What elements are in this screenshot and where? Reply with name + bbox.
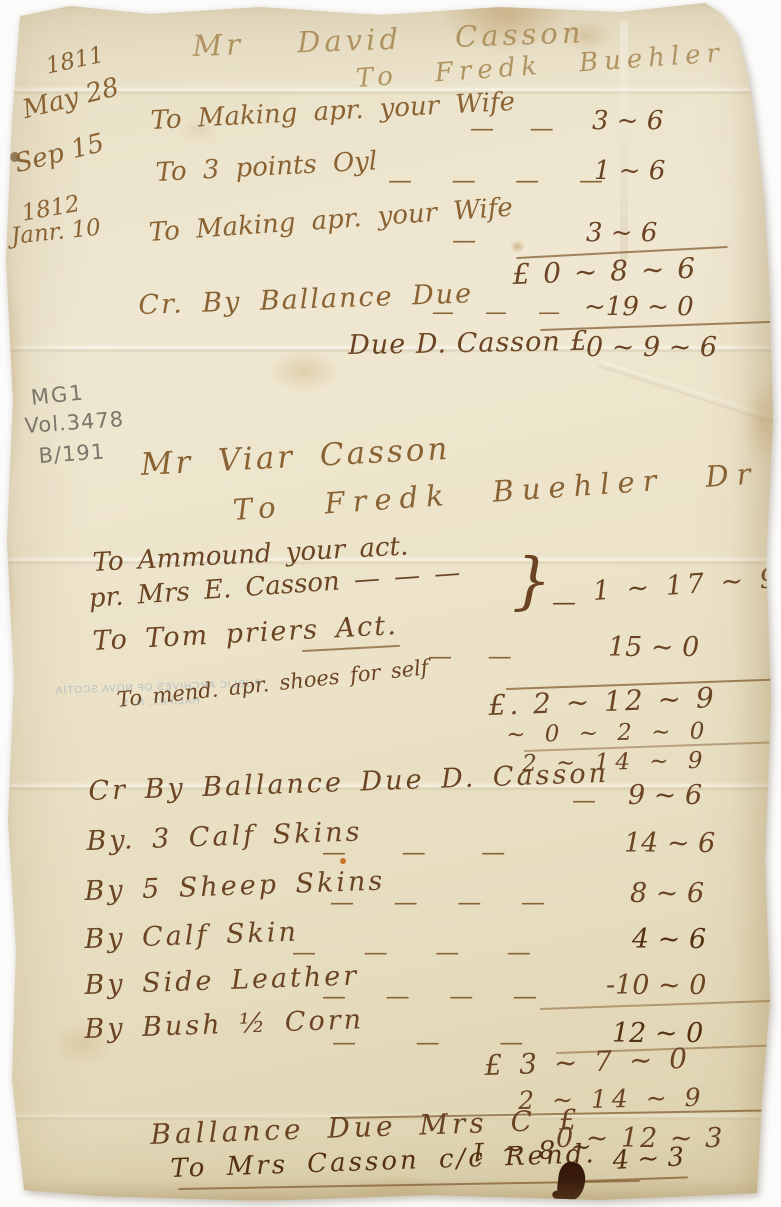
paper-shadow: Mr David Casson To Fredk Buehler Dr 1811…: [0, 0, 781, 1207]
paper-sheet: Mr David Casson To Fredk Buehler Dr 1811…: [0, 0, 781, 1207]
scanned-document: Mr David Casson To Fredk Buehler Dr 1811…: [0, 0, 781, 1207]
paper-vignette: [0, 0, 781, 1207]
